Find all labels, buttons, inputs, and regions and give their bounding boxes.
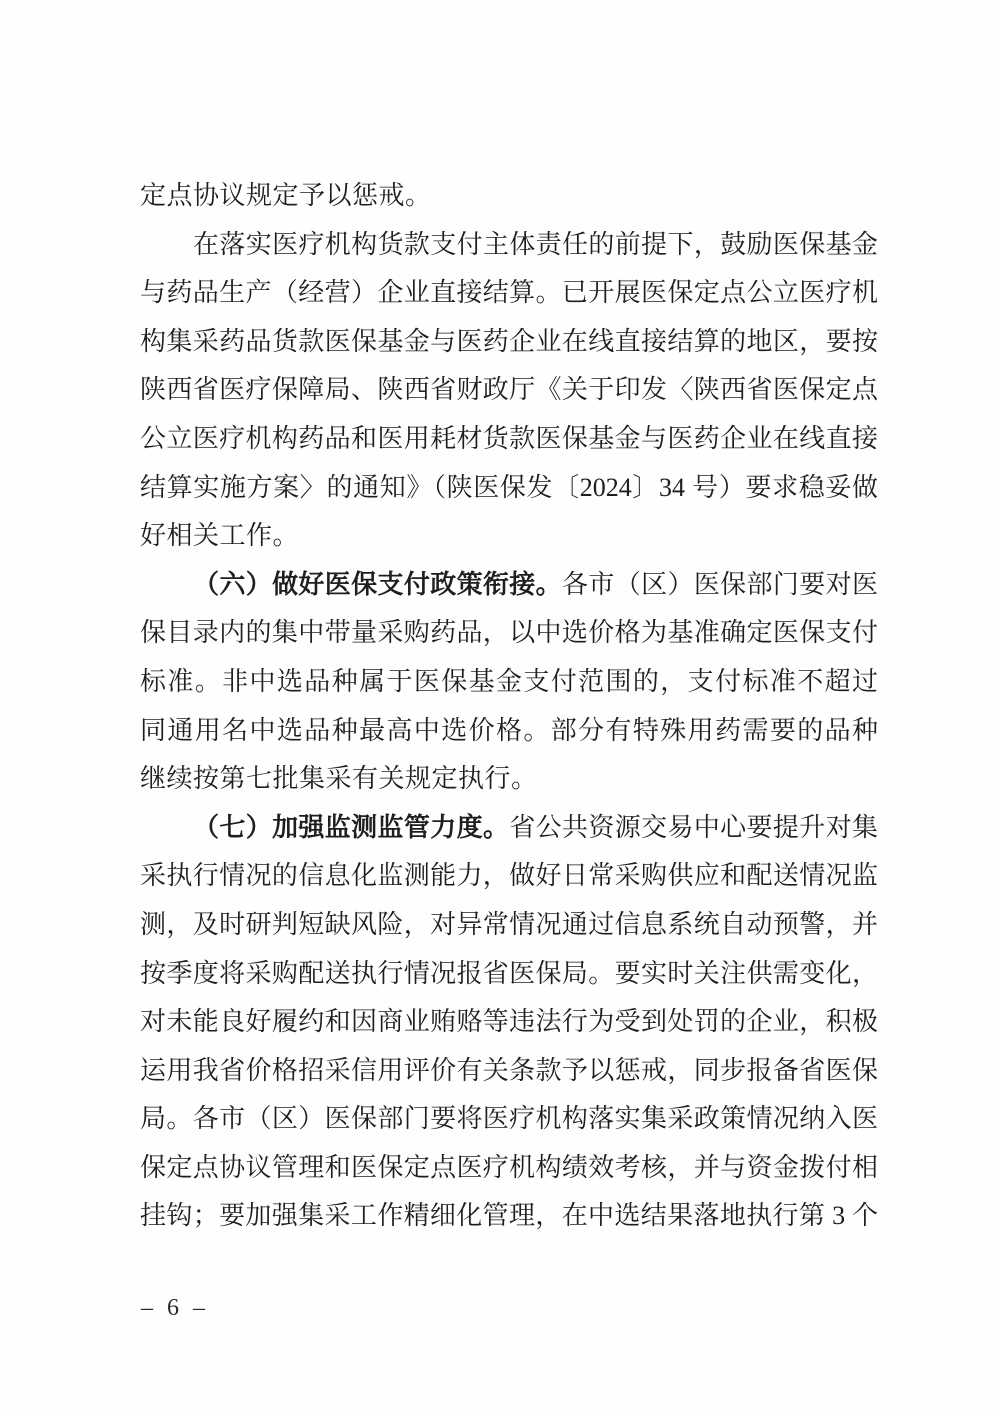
document-line: 保目录内的集中带量采购药品，以中选价格为基准确定医保支付: [140, 609, 878, 658]
document-line: 保定点协议管理和医保定点医疗机构绩效考核，并与资金拨付相: [140, 1144, 878, 1193]
document-line: 在落实医疗机构货款支付主体责任的前提下，鼓励医保基金: [140, 221, 878, 270]
document-line: 继续按第七批集采有关规定执行。: [140, 755, 878, 804]
document-line: 测，及时研判短缺风险，对异常情况通过信息系统自动预警，并: [140, 901, 878, 950]
document-line: 构集采药品货款医保基金与医药企业在线直接结算的地区，要按: [140, 318, 878, 367]
document-line: 对未能良好履约和因商业贿赂等违法行为受到处罚的企业，积极: [140, 998, 878, 1047]
paragraph-heading: （六）做好医保支付政策衔接。: [193, 570, 562, 599]
document-line: 定点协议规定予以惩戒。: [140, 172, 878, 221]
document-line: 好相关工作。: [140, 512, 878, 561]
document-line: （六）做好医保支付政策衔接。各市（区）医保部门要对医: [140, 561, 878, 610]
document-line: 局。各市（区）医保部门要将医疗机构落实集采政策情况纳入医: [140, 1095, 878, 1144]
page-number: – 6 –: [141, 1295, 209, 1322]
paragraph-heading: （七）加强监测监管力度。: [193, 813, 509, 842]
document-line: 陕西省医疗保障局、陕西省财政厅《关于印发〈陕西省医保定点: [140, 366, 878, 415]
document-line: 按季度将采购配送执行情况报省医保局。要实时关注供需变化，: [140, 950, 878, 999]
document-line: 同通用名中选品种最高中选价格。部分有特殊用药需要的品种: [140, 707, 878, 756]
document-line: 采执行情况的信息化监测能力，做好日常采购供应和配送情况监: [140, 852, 878, 901]
document-line: 结算实施方案〉的通知》（陕医保发〔2024〕34 号）要求稳妥做: [140, 464, 878, 513]
document-body: 定点协议规定予以惩戒。在落实医疗机构货款支付主体责任的前提下，鼓励医保基金与药品…: [140, 172, 878, 1241]
document-line: 公立医疗机构药品和医用耗材货款医保基金与医药企业在线直接: [140, 415, 878, 464]
document-line: （七）加强监测监管力度。省公共资源交易中心要提升对集: [140, 804, 878, 853]
document-line: 运用我省价格招采信用评价有关条款予以惩戒，同步报备省医保: [140, 1047, 878, 1096]
document-line: 与药品生产（经营）企业直接结算。已开展医保定点公立医疗机: [140, 269, 878, 318]
document-line: 标准。非中选品种属于医保基金支付范围的，支付标准不超过: [140, 658, 878, 707]
document-line: 挂钩；要加强集采工作精细化管理，在中选结果落地执行第 3 个: [140, 1192, 878, 1241]
document-page: 定点协议规定予以惩戒。在落实医疗机构货款支付主体责任的前提下，鼓励医保基金与药品…: [0, 0, 1000, 1415]
